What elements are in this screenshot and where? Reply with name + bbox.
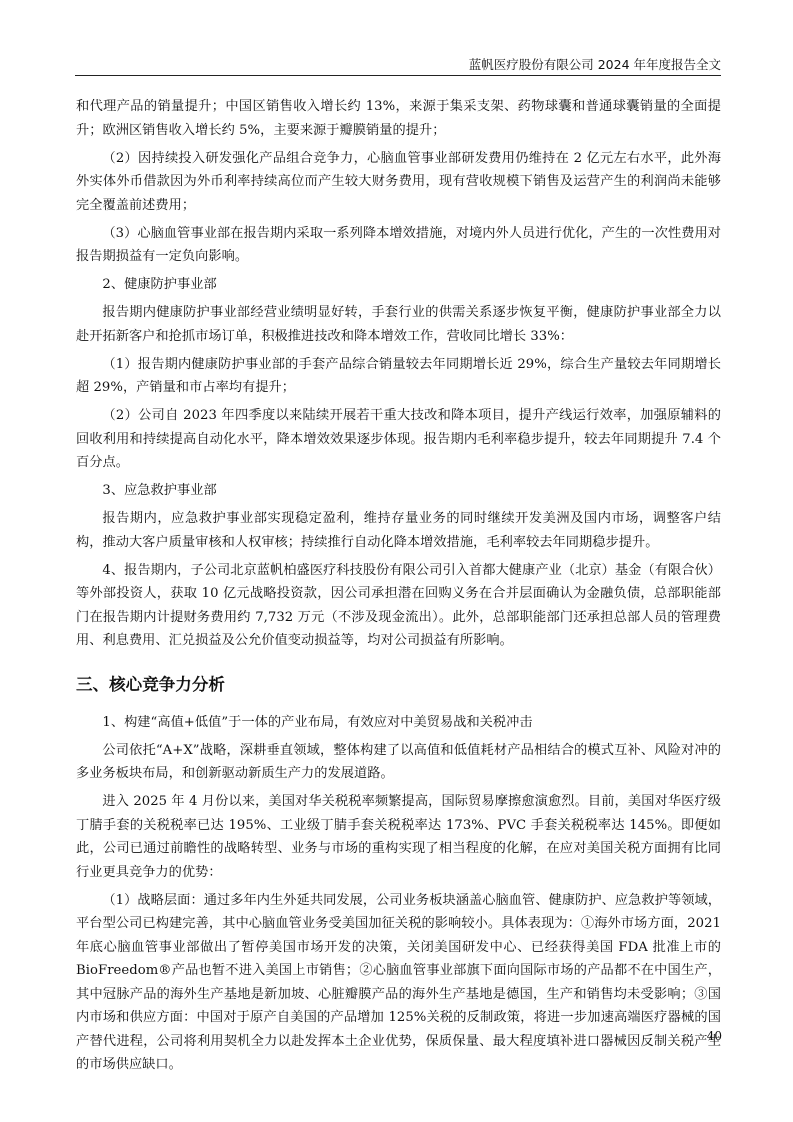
header-divider <box>75 75 721 76</box>
paragraph-glove-sales: （1）报告期内健康防护事业部的手套产品综合销量较去年同期增长近 29%，综合生产… <box>76 353 721 400</box>
section-title-core-competitiveness: 三、核心竞争力分析 <box>76 673 721 697</box>
subheading-health-protection: 2、健康防护事业部 <box>76 273 721 297</box>
paragraph-cost-reduction: （3）心脑血管事业部在报告期内采取一系列降本增效措施，对境内外人员进行优化，产生… <box>76 222 721 269</box>
subheading-industrial-layout: 1、构建“高值+低值”于一体的产业布局，有效应对中美贸易战和关税冲击 <box>76 711 721 735</box>
document-body: 和代理产品的销量提升；中国区销售收入增长约 13%，来源于集采支架、药物球囊和普… <box>76 95 721 1081</box>
paragraph-emergency-overview: 报告期内，应急救护事业部实现稳定盈利，维持存量业务的同时继续开发美洲及国内市场，… <box>76 507 721 554</box>
paragraph-rd-expense: （2）因持续投入研发强化产品组合竞争力，心脑血管事业部研发费用仍维持在 2 亿元… <box>76 147 721 218</box>
paragraph-sales-growth: 和代理产品的销量提升；中国区销售收入增长约 13%，来源于集采支架、药物球囊和普… <box>76 95 721 142</box>
subheading-emergency-care: 3、应急救护事业部 <box>76 479 721 503</box>
paragraph-tech-upgrade: （2）公司自 2023 年四季度以来陆续开展若干重大技改和降本项目，提升产线运行… <box>76 404 721 475</box>
paragraph-tariff-context: 进入 2025 年 4 月份以来，美国对华关税税率频繁提高，国际贸易摩擦愈演愈烈… <box>76 790 721 884</box>
page-number: 40 <box>700 1028 722 1044</box>
paragraph-health-overview: 报告期内健康防护事业部经营业绩明显好转，手套行业的供需关系逐步恢复平衡，健康防护… <box>76 301 721 348</box>
paragraph-ax-strategy: 公司依托“A+X”战略，深耕垂直领域，整体构建了以高值和低值耗材产品相结合的模式… <box>76 739 721 786</box>
paragraph-strategic-level: （1）战略层面：通过多年内生外延共同发展，公司业务板块涵盖心脑血管、健康防护、应… <box>76 889 721 1077</box>
paragraph-subsidiary-investment: 4、报告期内，子公司北京蓝帆柏盛医疗科技股份有限公司引入首都大健康产业（北京）基… <box>76 559 721 653</box>
running-header: 蓝帆医疗股份有限公司 2024 年年度报告全文 <box>75 56 721 74</box>
